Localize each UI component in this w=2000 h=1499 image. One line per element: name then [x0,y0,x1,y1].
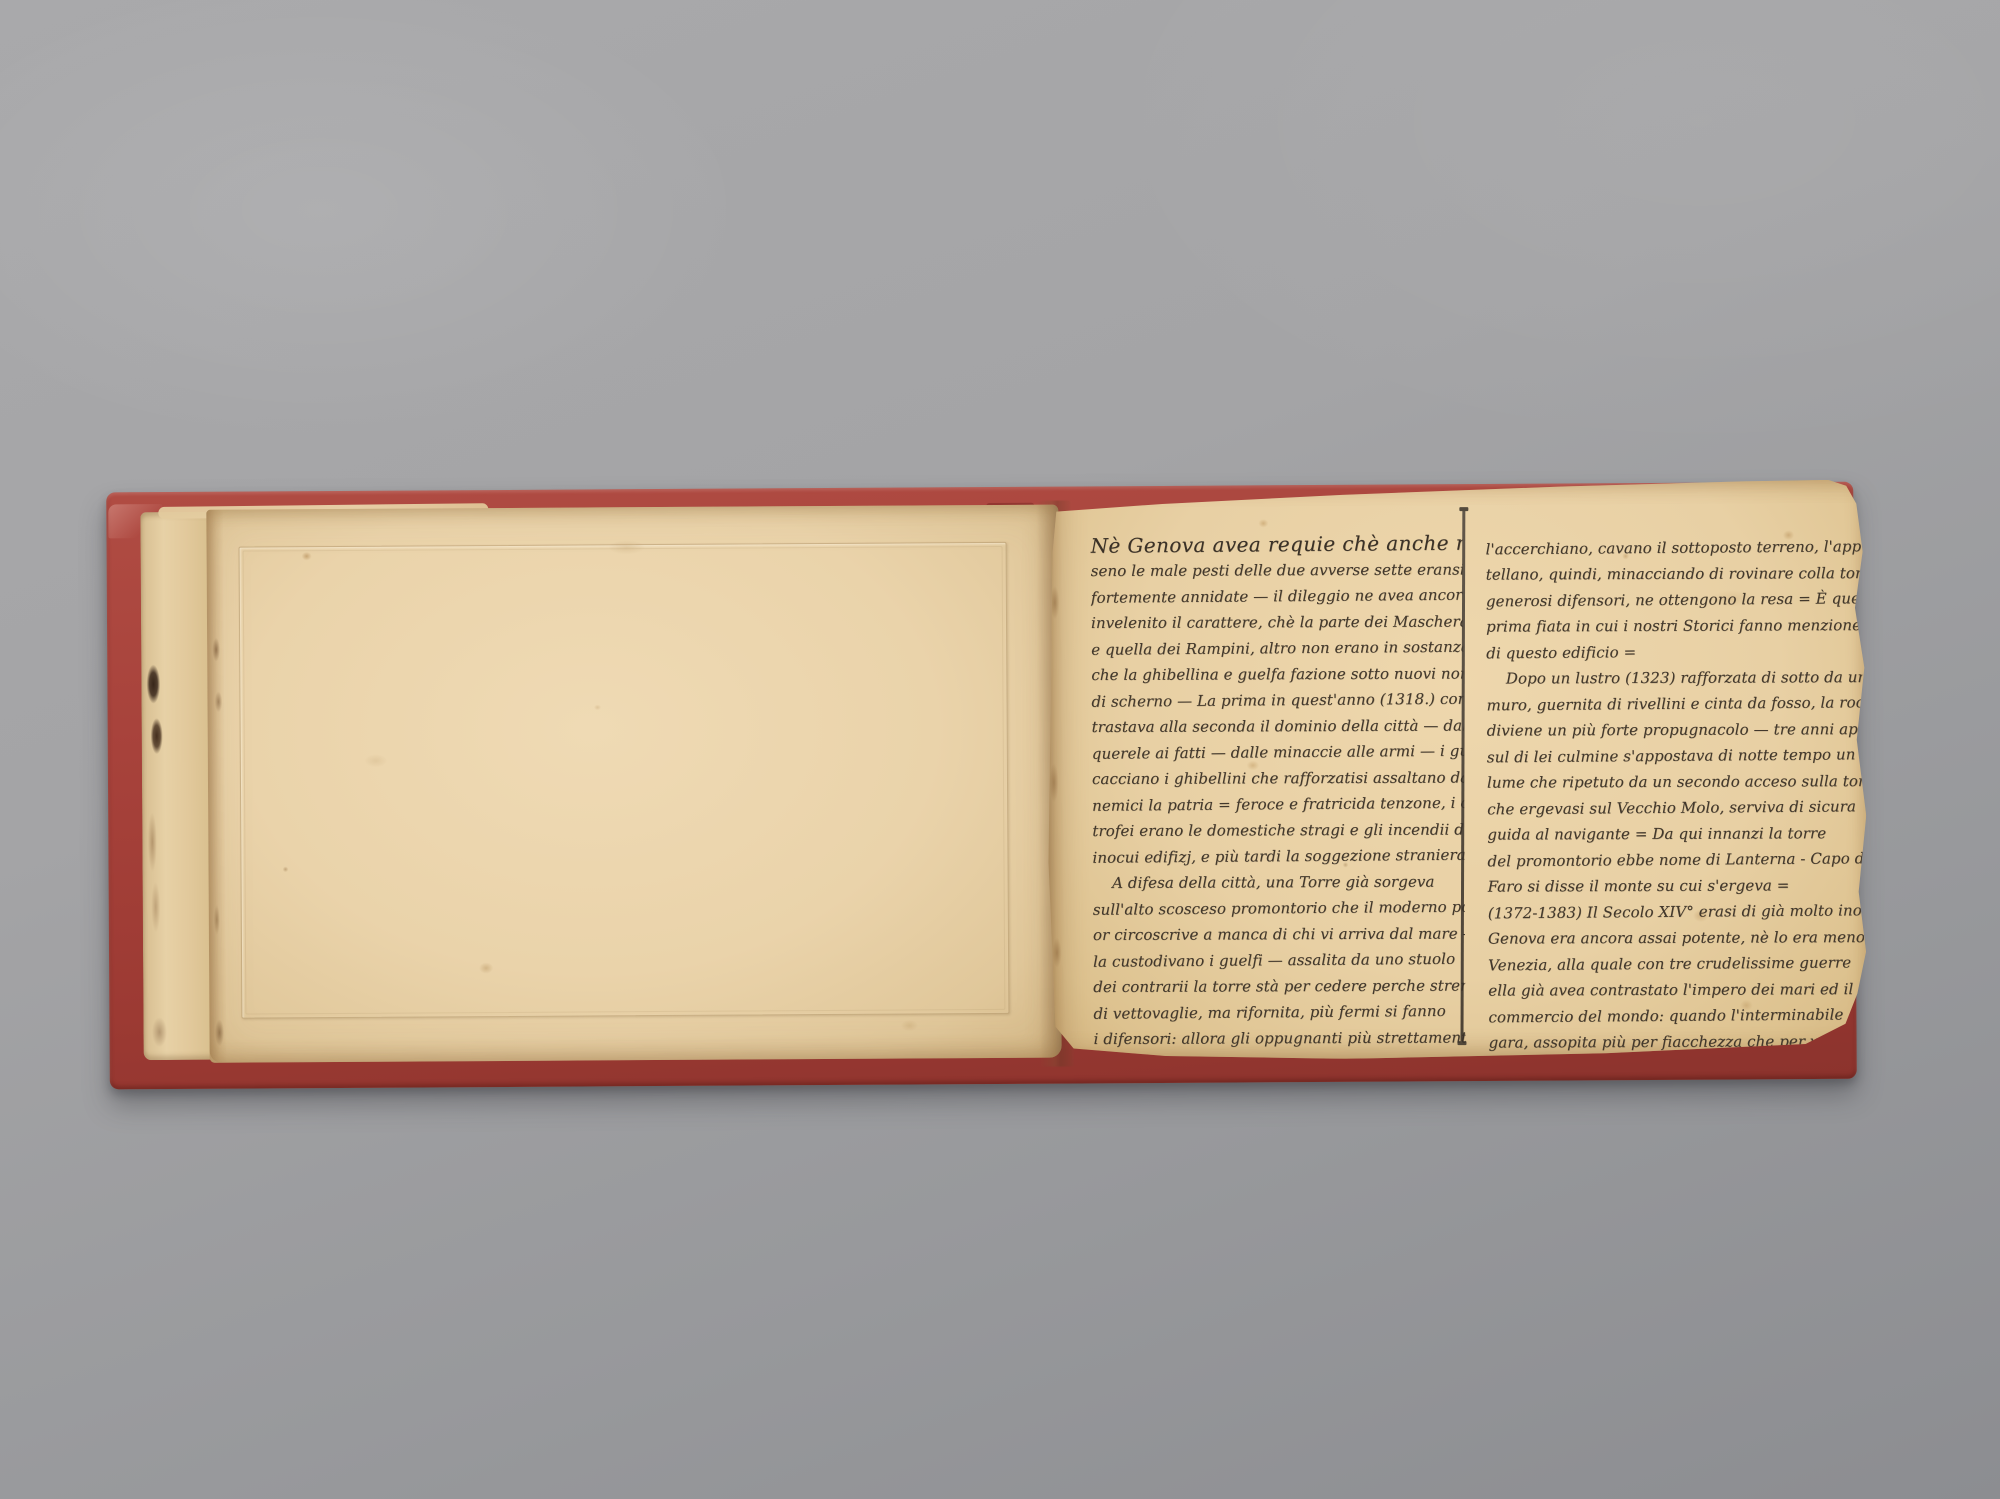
manuscript-line: guida al navigante = Da qui innanzi la t… [1487,820,1863,848]
manuscript-line: del promontorio ebbe nome di Lanterna - … [1487,845,1863,874]
left-page-deckle-edge [206,510,226,1063]
manuscript-line: di scherno — La prima in quest'anno (131… [1091,686,1463,715]
manuscript-line: cacciano i ghibellini che rafforzatisi a… [1092,765,1464,792]
embossed-plate-mark-frame [239,542,1010,1019]
manuscript-line: sull'alto scosceso promontorio che il mo… [1093,894,1465,923]
manuscript-line: fortemente annidate — il dileggio ne ave… [1091,582,1463,611]
manuscript-line: Genova era ancora assai potente, nè lo e… [1488,924,1864,952]
manuscript-line: A difesa della città, una Torre già sorg… [1093,869,1465,896]
manuscript-line: (1372-1383) Il Secolo XIV° erasi di già … [1488,897,1864,926]
manuscript-line: la custodivano i guelfi — assalita da un… [1093,946,1465,975]
manuscript-line: prima fiata in cui i nostri Storici fann… [1486,612,1862,640]
manuscript-line: tellano, quindi, minacciando di rovinare… [1486,560,1862,588]
right-manuscript-page: Nè Genova avea requie chè anche nel suos… [1042,478,1872,1061]
manuscript-line: inocui edifizj, e più tardi la soggezion… [1092,842,1464,871]
manuscript-line: seno le male pesti delle due avverse set… [1091,557,1463,584]
manuscript-line: che ergevasi sul Vecchio Molo, serviva d… [1487,793,1863,822]
manuscript-line: l'accerchiano, cavano il sottoposto terr… [1486,534,1862,563]
manuscript-line: lume che ripetuto da un secondo acceso s… [1487,768,1863,796]
manuscript-line: Faro si disse il monte su cui s'ergeva = [1488,872,1864,900]
manuscript-line: trofei erano le domestiche stragi e gli … [1092,817,1464,844]
manuscript-line: sul di lei culmine s'appostava di notte … [1487,741,1863,770]
text-column-right: l'accerchiano, cavano il sottoposto terr… [1486,534,1865,1056]
manuscript-line: querele ai fatti — dalle minaccie alle a… [1092,738,1464,767]
manuscript-line: Dopo un lustro (1323) rafforzata di sott… [1486,664,1862,692]
manuscript-line: di vettovaglie, ma rifornita, più fermi … [1093,998,1465,1027]
photo-background: Nè Genova avea requie chè anche nel suos… [0,0,2000,1499]
manuscript-line: e quella dei Rampini, altro non erano in… [1091,634,1463,663]
manuscript-line: che la ghibellina e guelfa fazione sotto… [1091,661,1463,688]
manuscript-line: trastava alla seconda il dominio della c… [1092,713,1464,740]
manuscript-line: nemici la patria = feroce e fratricida t… [1092,790,1464,819]
manuscript-line: dei contrarii la torre stà per cedere pe… [1093,973,1465,1000]
manuscript-line: ella già avea contrastato l'impero dei m… [1488,976,1864,1004]
manuscript-line: Venezia, alla quale con tre crudelissime… [1488,949,1864,978]
open-manuscript-book: Nè Genova avea requie chè anche nel suos… [106,472,1878,1095]
manuscript-line: diviene un più forte propugnacolo — tre … [1487,716,1863,744]
manuscript-line: Nè Genova avea requie chè anche nel suo [1090,530,1462,559]
manuscript-line: generosi difensori, ne ottengono la resa… [1486,585,1862,614]
manuscript-line: muro, guernita di rivellini e cinta da f… [1486,689,1862,718]
left-blank-page [206,505,1061,1063]
manuscript-line: or circoscrive a manca di chi vi arriva … [1093,921,1465,948]
manuscript-line: invelenito il carattere, chè la parte de… [1091,609,1463,636]
text-column-left: Nè Genova avea requie chè anche nel suos… [1090,530,1465,1052]
manuscript-line: i difensori: allora gli oppugnanti più s… [1094,1025,1466,1052]
manuscript-line: di questo edificio = [1486,637,1862,666]
manuscript-line: commercio del mondo: quando l'interminab… [1488,1001,1864,1030]
